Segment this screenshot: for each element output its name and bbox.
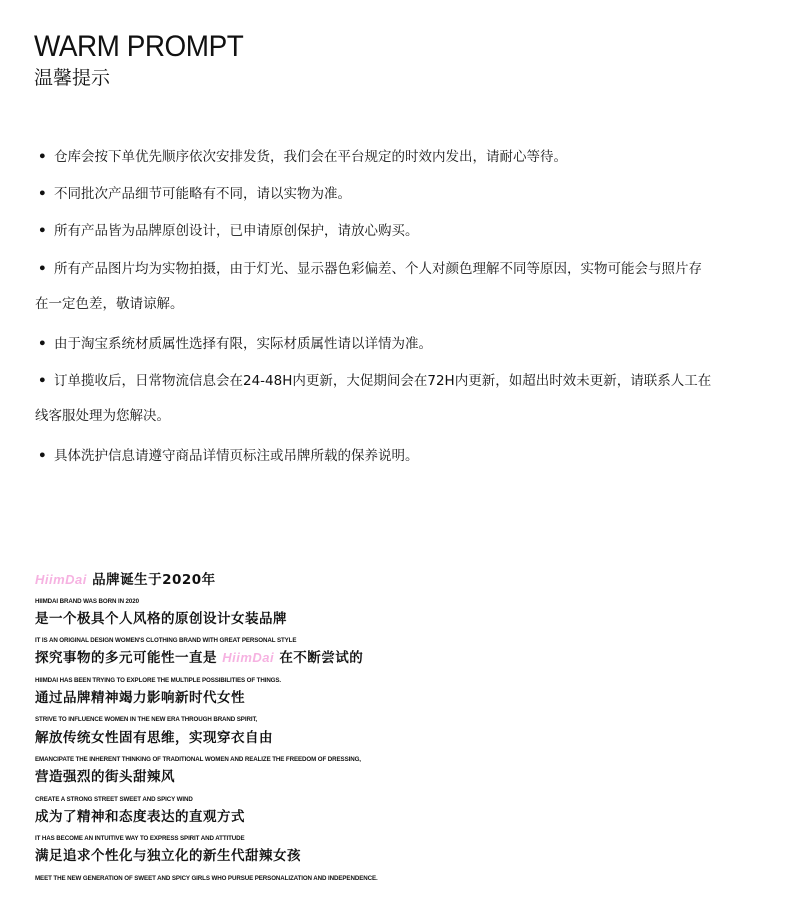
note-text: 所有产品皆为品牌原创设计，已申请原创保护，请放心购买。 (54, 223, 419, 239)
bullet-icon: • (38, 446, 54, 466)
note-item: •订单揽收后，日常物流信息会在24-48H内更新，大促期间会在72H内更新，如超… (36, 371, 711, 391)
note-text: 由于淘宝系统材质属性选择有限，实际材质属性请以详情为准。 (54, 336, 432, 352)
brand-line-en: STRIVE TO INFLUENCE WOMEN IN THE NEW ERA… (35, 716, 257, 724)
brand-line-cn: 是一个极具个人风格的原创设计女装品牌 (35, 610, 287, 628)
brand-line-cn: 营造强烈的街头甜辣风 (35, 768, 175, 786)
brand-line-cn: 成为了精神和态度表达的直观方式 (35, 808, 245, 826)
note-text: 订单揽收后，日常物流信息会在24-48H内更新，大促期间会在72H内更新，如超出… (54, 373, 711, 389)
note-item: •不同批次产品细节可能略有不同，请以实物为准。 (36, 184, 351, 204)
note-item: •仓库会按下单优先顺序依次安排发货，我们会在平台规定的时效内发出，请耐心等待。 (36, 147, 567, 167)
note-text: 仓库会按下单优先顺序依次安排发货，我们会在平台规定的时效内发出，请耐心等待。 (54, 149, 567, 165)
brand-line-cn: 满足追求个性化与独立化的新生代甜辣女孩 (35, 847, 301, 865)
brand-line-en: CREATE A STRONG STREET SWEET AND SPICY W… (35, 796, 193, 804)
brand-line-en: IT HAS BECOME AN INTUITIVE WAY TO EXPRES… (35, 835, 245, 843)
bullet-icon: • (38, 371, 54, 391)
note-text: 具体洗护信息请遵守商品详情页标注或吊牌所载的保养说明。 (54, 448, 419, 464)
brand-line-en: HIIMDAI HAS BEEN TRYING TO EXPLORE THE M… (35, 677, 281, 685)
brand-line-cn: 解放传统女性固有思维，实现穿衣自由 (35, 729, 273, 747)
note-item: •所有产品皆为品牌原创设计，已申请原创保护，请放心购买。 (36, 221, 419, 241)
warm-prompt-title: WARM PROMPT (34, 30, 243, 64)
note-continuation: 在一定色差，敬请谅解。 (35, 294, 184, 314)
note-item: •具体洗护信息请遵守商品详情页标注或吊牌所载的保养说明。 (36, 446, 419, 466)
brand-line-en: IT IS AN ORIGINAL DESIGN WOMEN'S CLOTHIN… (35, 637, 296, 645)
brand-line-cn: 通过品牌精神竭力影响新时代女性 (35, 689, 245, 707)
note-text: 所有产品图片均为实物拍摄，由于灯光、显示器色彩偏差、个人对颜色理解不同等原因，实… (54, 261, 702, 277)
note-item: •由于淘宝系统材质属性选择有限，实际材质属性请以详情为准。 (36, 334, 432, 354)
brand-line-cn-text: 探究事物的多元可能性一直是 (35, 650, 217, 666)
brand-line-en: HIIMDAI BRAND WAS BORN IN 2020 (35, 598, 139, 606)
brand-logo-text: HiimDai (35, 572, 87, 587)
note-item: •所有产品图片均为实物拍摄，由于灯光、显示器色彩偏差、个人对颜色理解不同等原因，… (36, 259, 702, 279)
bullet-icon: • (38, 334, 54, 354)
bullet-icon: • (38, 184, 54, 204)
bullet-icon: • (38, 221, 54, 241)
bullet-icon: • (38, 259, 54, 279)
brand-line-cn-text: 品牌诞生于2020年 (92, 572, 216, 588)
brand-line-en: EMANCIPATE THE INHERENT THINKING OF TRAD… (35, 756, 361, 764)
brand-logo-text: HiimDai (222, 650, 274, 665)
brand-line-en: MEET THE NEW GENERATION OF SWEET AND SPI… (35, 875, 378, 883)
note-text: 不同批次产品细节可能略有不同，请以实物为准。 (54, 186, 351, 202)
brand-line-cn: HiimDai 品牌诞生于2020年 (35, 571, 216, 589)
brand-line-cn-text: 在不断尝试的 (279, 650, 363, 666)
bullet-icon: • (38, 147, 54, 167)
warm-prompt-subtitle: 温馨提示 (34, 66, 110, 90)
brand-line-cn: 探究事物的多元可能性一直是 HiimDai 在不断尝试的 (35, 649, 363, 667)
note-continuation: 线客服处理为您解决。 (35, 406, 170, 426)
